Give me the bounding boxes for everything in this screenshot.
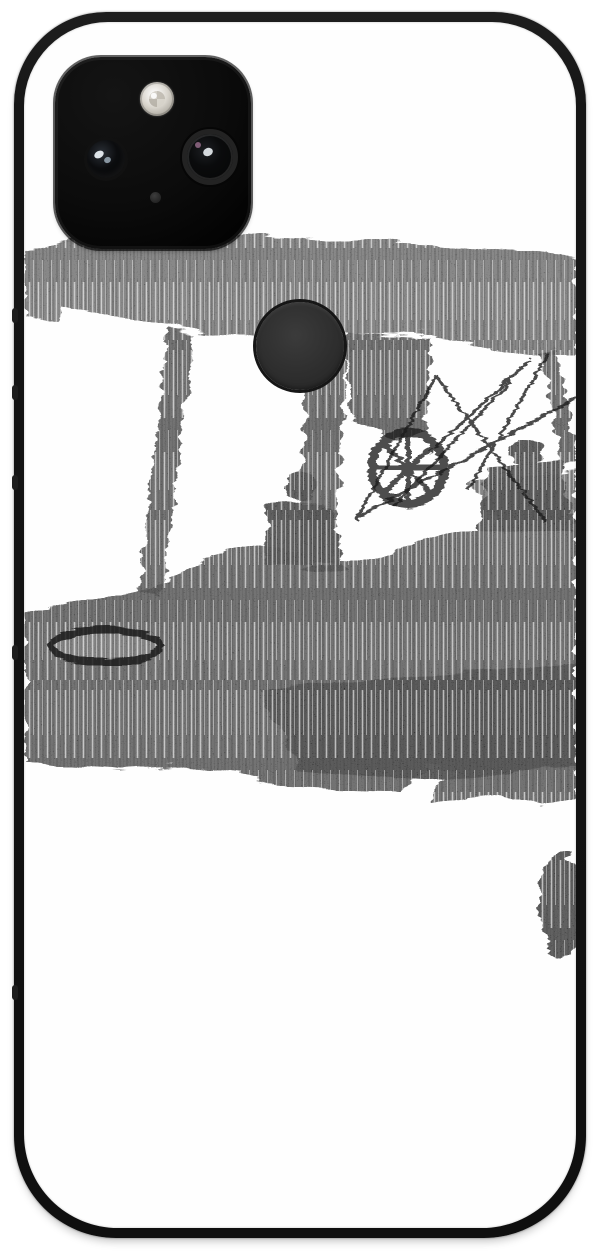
camera-module	[55, 57, 251, 249]
wing-roundel	[52, 630, 160, 662]
product-photo	[0, 0, 600, 1259]
camera-lens-right-icon	[182, 129, 238, 185]
flash-icon	[140, 82, 174, 116]
side-nub	[12, 985, 18, 1000]
phone-case	[14, 12, 586, 1238]
side-nub	[12, 385, 18, 400]
side-nub	[12, 308, 18, 323]
mic-dot-icon	[150, 192, 161, 203]
camera-lens-left-icon	[87, 140, 125, 178]
side-nub	[12, 475, 18, 490]
fingerprint-sensor	[256, 302, 344, 390]
side-nub	[12, 645, 18, 660]
case-back	[24, 22, 576, 1228]
cockpit-ring	[370, 430, 446, 506]
